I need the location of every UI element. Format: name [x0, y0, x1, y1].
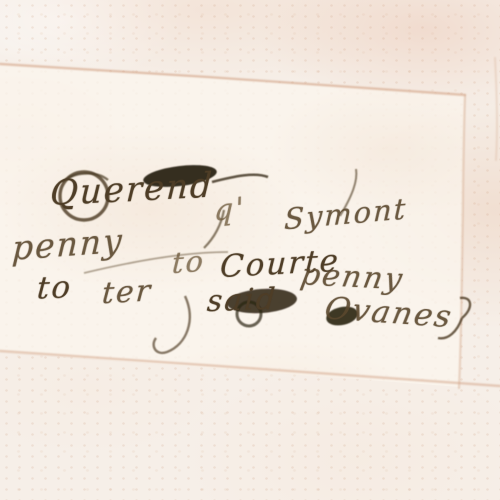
handwriting-word: said: [206, 282, 279, 320]
handwriting-word: to: [171, 244, 206, 281]
handwriting-word: ter: [101, 274, 154, 312]
parchment-photo: Querend q' Symont penny to Courte penny …: [0, 0, 500, 500]
descender-tail-stroke: [154, 296, 190, 353]
handwriting-word: to: [36, 269, 74, 306]
handwriting-word: penny: [11, 221, 125, 268]
handwriting-word: q': [213, 190, 246, 229]
ink-blot-line1-tail: [212, 175, 268, 182]
